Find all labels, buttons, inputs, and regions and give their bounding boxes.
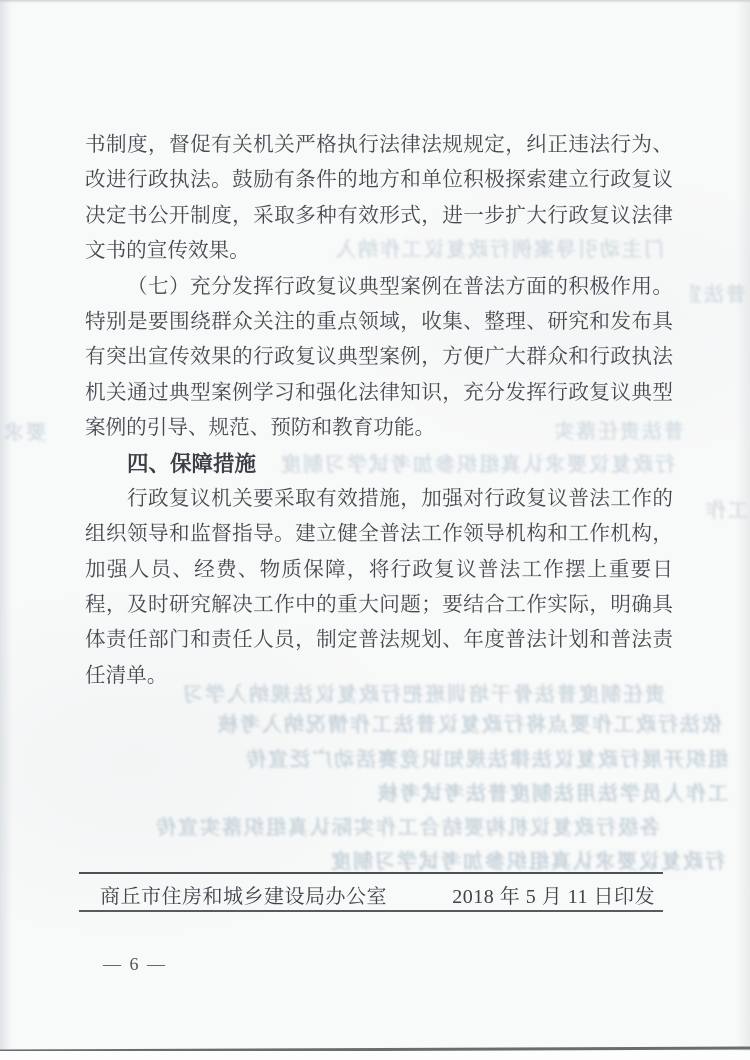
section-heading: 四、保障措施 xyxy=(85,447,673,482)
body-line: 行政复议机关要采取有效措施，加强对行政复议普法工作的 xyxy=(85,482,673,517)
scan-edge-left xyxy=(0,0,12,1060)
body-line: 加强人员、经费、物质保障，将行政复议普法工作摆上重要日 xyxy=(85,553,673,588)
body-line: 决定书公开制度，采取多种有效形式，进一步扩大行政复议法律 xyxy=(85,199,673,234)
scan-edge-top xyxy=(0,0,750,3)
body-line: 任清单。 xyxy=(85,659,673,694)
body-line: 书制度，督促有关机关严格执行法律法规规定，纠正违法行为、 xyxy=(85,128,673,163)
bleedthrough-text: 各级行政复议机构要结合工作实际认真组织落实宣传 xyxy=(100,815,660,841)
body-line: 组织领导和监督指导。建立健全普法工作领导机构和工作机构， xyxy=(85,517,673,552)
bleedthrough-text: 组织开展行政复议法律法规知识竞赛活动广泛宣传 xyxy=(80,747,728,773)
footer-issuing-office: 商丘市住房和城乡建设局办公室 xyxy=(79,880,387,909)
footer-rule-bottom xyxy=(79,910,663,912)
document-body: 书制度，督促有关机关严格执行法律法规规定，纠正违法行为、 改进行政执法。鼓励有条… xyxy=(85,128,673,694)
footer-rule-top xyxy=(79,872,663,874)
body-line: 案例的引导、规范、预防和教育功能。 xyxy=(85,411,673,446)
body-line: 机关通过典型案例学习和强化法律知识，充分发挥行政复议典型 xyxy=(85,376,673,411)
body-line: 程，及时研究解决工作中的重大问题；要结合工作实际，明确具 xyxy=(85,588,673,623)
scan-edge-right xyxy=(736,0,750,1060)
body-line: 特别是要围绕群众关注的重点领域，收集、整理、研究和发布具 xyxy=(85,305,673,340)
footer-print-date: 2018 年 5 月 11 日印发 xyxy=(452,880,663,909)
scanner-background xyxy=(0,1051,750,1060)
body-line: 文书的宣传效果。 xyxy=(85,234,673,269)
body-line: 体责任部门和责任人员，制定普法规划、年度普法计划和普法责 xyxy=(85,623,673,658)
body-line: 有突出宣传效果的行政复议典型案例，方便广大群众和行政执法 xyxy=(85,340,673,375)
page-number: — 6 — xyxy=(98,952,172,976)
body-line-item-seven: （七）充分发挥行政复议典型案例在普法方面的积极作用。 xyxy=(85,270,673,305)
bleedthrough-text: 依法行政工作要点将行政复议普法工作情况纳入考核 xyxy=(80,712,722,738)
footer: 商丘市住房和城乡建设局办公室 2018 年 5 月 11 日印发 xyxy=(79,879,663,909)
bleedthrough-text: 工作人员学法用法制度普法考试考核 xyxy=(80,781,728,807)
body-line: 改进行政执法。鼓励有条件的地方和单位积极探索建立行政复议 xyxy=(85,163,673,198)
scanned-document-page: 门主动引导案例行政复议工作纳入 普法责任落实情况 行政复议要求认真组织参加考试学… xyxy=(0,0,750,1060)
